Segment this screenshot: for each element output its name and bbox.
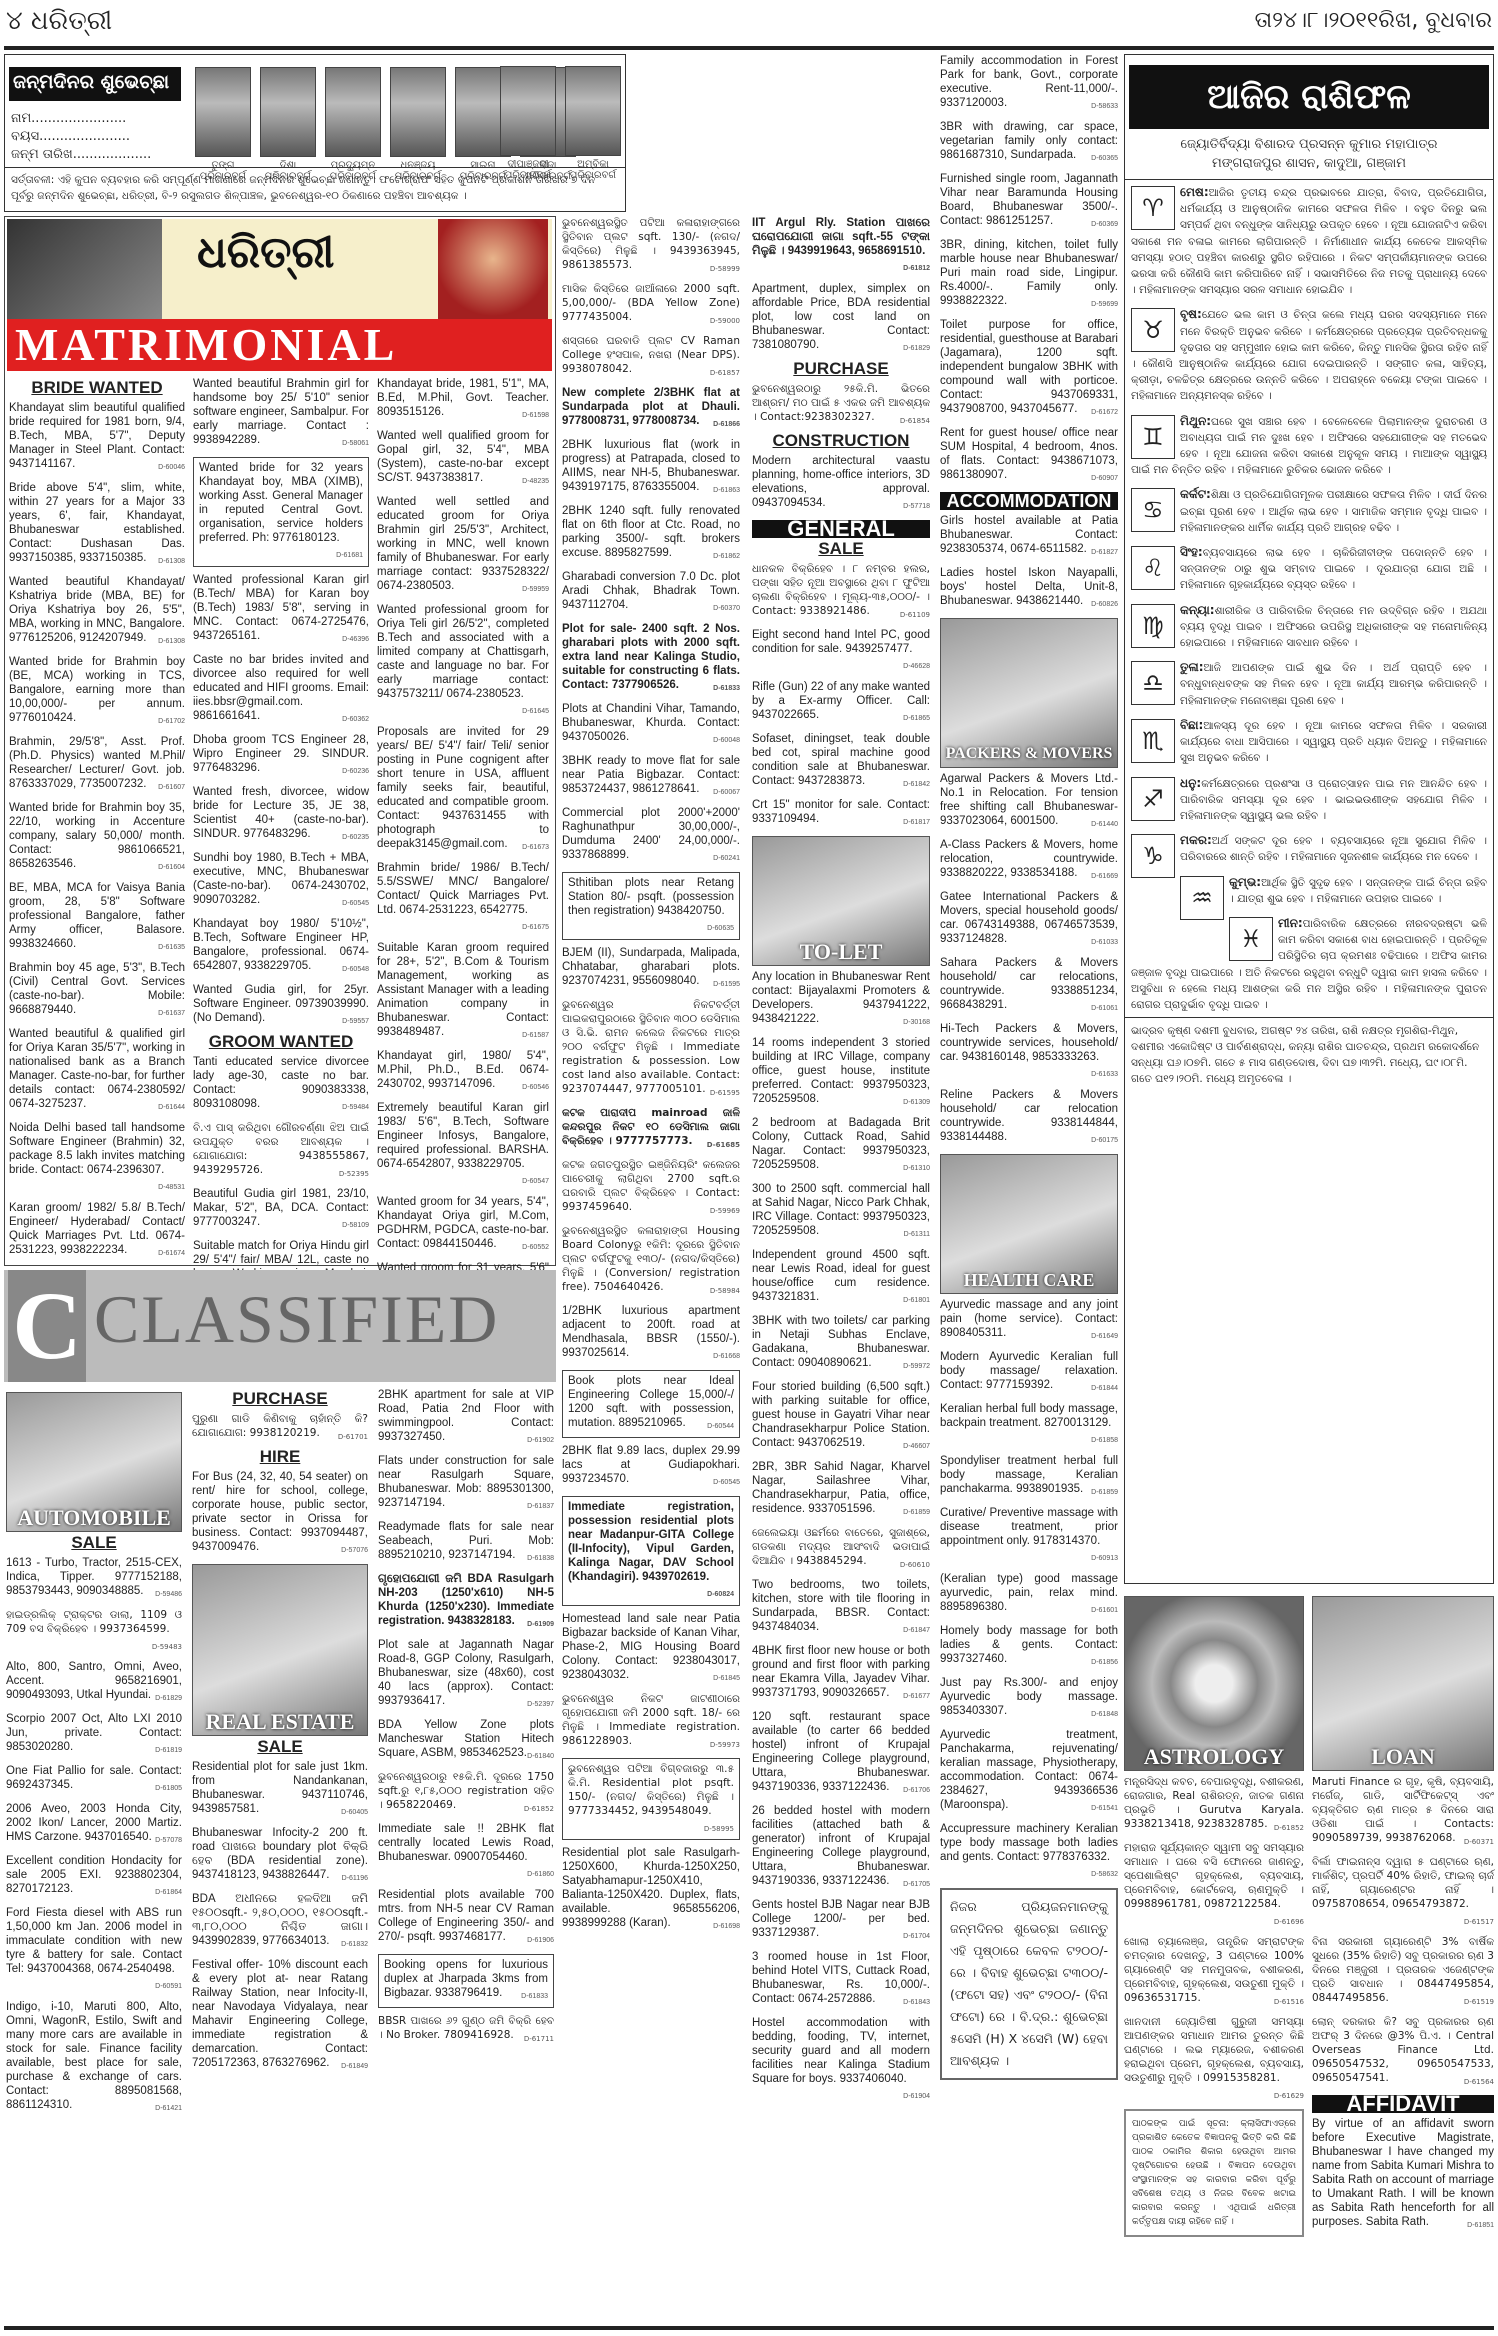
- boxed-ad: Wanted bride for 32 years Khandayat boy,…: [193, 457, 369, 567]
- sign-capricorn: ♑ମକର:ଅର୍ଥ ସଙ୍କଟ ଦୂର ହେବ । ବ୍ୟବସାୟରେ ନୂଆ …: [1125, 828, 1493, 869]
- classified-ad: ଧାନକଳ ବିକ୍ରିହେବ । ୮ ନମ୍ବର ହଲର, ପଙ୍ଖା ସହି…: [752, 562, 930, 622]
- boxed-ad: Sthitiban plots near Retang Station 80/-…: [562, 872, 740, 940]
- classified-ad: ହାଇଡ୍ରଲିକ୍ ଟ୍ରାକ୍ଟର ଡାଲା, 1109 ଓ 709 ବସ …: [6, 1608, 182, 1654]
- bride-photo: [438, 219, 548, 319]
- classified-ad: ଭୁବନେଶ୍ୱର ନିକଟବର୍ତ୍ତୀ ପାଇକରାପୁରଠାରେ ସ୍ଥି…: [562, 998, 740, 1100]
- classified-ad: Hostel accommodation with bedding, foodi…: [752, 2016, 930, 2104]
- boxed-ad: Immediate registration, possession resid…: [562, 1496, 740, 1606]
- classified-ad: New complete 2/3BHK flat at Sundarpada p…: [562, 386, 740, 432]
- classified-ad: ଭୁବନେଶ୍ୱରଠାରୁ ୧୫କି.ମି. ଦୂରରେ 1750 sqft.ର…: [378, 1770, 554, 1816]
- classified-ad: 2006 Aveo, 2003 Honda City, 2002 Ikon/ L…: [6, 1802, 182, 1848]
- horoscope-title: ଆଜିର ରାଶିଫଳ: [1129, 65, 1489, 129]
- classified-ad: BBSR ପାଖରେ ୬୨ ଗୁଣ୍ଠ ଜମି ବିକ୍ରି ହେବ । No …: [378, 2014, 554, 2046]
- taurus-icon: ♉: [1131, 308, 1175, 352]
- classified-ad: A-Class Packers & Movers, home relocatio…: [940, 838, 1118, 884]
- footer-rule: [4, 2326, 1494, 2330]
- classified-ad: Sundhi boy 1980, B.Tech + MBA, executive…: [193, 851, 369, 911]
- sign-taurus: ♉ବୃଷ:ଯେତେ ଭଲ କାମ ଓ ଚିନ୍ତା କଲେ ମଧ୍ୟ ଘରର ସ…: [1125, 302, 1493, 408]
- sign-virgo: ♍କନ୍ୟା:ଶାରୀରିକ ଓ ପାରିବାରିକ ଚିନ୍ତାରେ ମନ ଉ…: [1125, 598, 1493, 656]
- classified-ad: Homestead land sale near Patia Bigbazar …: [562, 1612, 740, 1686]
- classified-banner: C CLASSIFIED: [4, 1270, 556, 1382]
- matrimonial-title: MATRIMONIAL: [7, 319, 552, 371]
- classified-ad: Accupressure machinery Keralian type bod…: [940, 1822, 1118, 1882]
- sign-aries: ♈ମେଷ:ଆଜିର ତୃତୀୟ ଚନ୍ଦ୍ର ପ୍ରଭାବରେ ଯାତ୍ରା, …: [1125, 180, 1493, 302]
- classified-ad: 120 sqft. restaurant space available (to…: [752, 1710, 930, 1798]
- classified-ad: ଭୁବନେଶ୍ୱରସ୍ଥିତ କଳାରାହାଙ୍ଗ Housing Board …: [562, 1224, 740, 1298]
- panjika-almanac: ଭାଦ୍ରବ କୃଷ୍ଣ ଦଶମୀ ବୁଧବାର, ଅଗଷ୍ଟ ୨୪ ତାରିଖ…: [1125, 1017, 1493, 1092]
- classified-ad: ପୁରୁଣା ଗାଡି କିଣିବାକୁ ଚାହାଁନ୍ତି କି? ଯୋଗାଯ…: [192, 1412, 368, 1444]
- real-estate-image: REAL ESTATE: [192, 1564, 368, 1736]
- matrimonial-banner: ଧରିତ୍ରୀ MATRIMONIAL: [7, 219, 552, 371]
- classified-ad: 2 bedroom at Badagada Brit Colony, Cutta…: [752, 1116, 930, 1176]
- classified-ad: Brahmin boy 45 age, 5'3", B.Tech (Civil)…: [9, 961, 185, 1021]
- sale-heading: SALE: [6, 1536, 182, 1550]
- classified-ad: କଟକ ଜଗତପୁରସ୍ଥିତ ଇଞ୍ଜିନିୟରିଂ କଲେଜର ପାଚେରୀ…: [562, 1158, 740, 1218]
- classified-ad: Ladies hostel Iskon Nayapalli, boys' hos…: [940, 566, 1118, 612]
- classified-ad: ଭୁବନେଶ୍ୱରଠାରୁ ୨୫କି.ମି. ଭିତରେ ଆଶ୍ରମ/ ମଠ ପ…: [752, 382, 930, 428]
- libra-icon: ♎: [1131, 661, 1175, 705]
- classified-ad: Flats under construction for sale near R…: [378, 1454, 554, 1514]
- to-let-image: TO-LET: [752, 836, 930, 966]
- hire-heading: HIRE: [192, 1450, 368, 1464]
- classified-ad: IIT Argul Rly. Station ପାଖରେ ଘରୋପଯୋଗୀ ଜା…: [752, 216, 930, 276]
- classified-ad: Dhoba groom TCS Engineer 28, Wipro Engin…: [193, 733, 369, 779]
- classified-ad: Khandayat boy 1980/ 5'10½", B.Tech, Soft…: [193, 917, 369, 977]
- classified-ad: ଲୋନ୍ ଦରକାର କି? ସବୁ ପ୍ରକାରର ଋଣ ଅଫର୍ 3 ଦିନ…: [1312, 2015, 1494, 2089]
- classified-ad: Bhubaneswar Infocity-2 200 ft. road ପାଖର…: [192, 1826, 368, 1886]
- classified-ad: Ayurvedic treatment, Panchakarma, rejuve…: [940, 1728, 1118, 1816]
- child-photo: [325, 67, 381, 157]
- pisces-icon: ♓: [1229, 917, 1273, 961]
- birthday-card: ଦୀପାଞ୍ଜଳୀପରିବାରବର୍ଗ: [500, 66, 556, 181]
- matrimonial-section: ଧରିତ୍ରୀ MATRIMONIAL BRIDE WANTED Khanday…: [4, 216, 556, 1266]
- classified-ad: BE, MBA, MCA for Vaisya Bania groom, 28,…: [9, 881, 185, 955]
- groom-wanted-heading: GROOM WANTED: [193, 1035, 369, 1049]
- classified-ad: BDA Yellow Zone plots Mancheswar Station…: [378, 1718, 554, 1764]
- horoscope-section: ଆଜିର ରାଶିଫଳ ଜ୍ୟୋତିର୍ବିଦ୍ୟା ବିଶାରଦ ପ୍ରସନ୍…: [1124, 54, 1494, 1584]
- classified-title: CLASSIFIED: [94, 1280, 499, 1359]
- classified-ad: Wanted Gudia girl, for 25yr. Software En…: [193, 983, 369, 1029]
- classified-ad: ଗୃହୋପଯୋଗୀ ଜମି BDA Rasulgarh NH-203 (1250…: [378, 1572, 554, 1632]
- classified-ad: Brahmin bride/ 1986/ B.Tech/ 5.5/SSWE/ M…: [377, 861, 549, 935]
- classified-ad: Readymade flats for sale near Seabeach, …: [378, 1520, 554, 1566]
- classified-ad: 2BR, 3BR Sahid Nagar, Kharvel Nagar, Sai…: [752, 1460, 930, 1520]
- classified-ad: Sofaset, diningset, teak double bed cot,…: [752, 732, 930, 792]
- astrology-image: ASTROLOGY: [1124, 1596, 1304, 1771]
- gemini-icon: ♊: [1131, 415, 1175, 459]
- purchase-heading: PURCHASE: [752, 362, 930, 376]
- child-photo: [195, 67, 251, 157]
- classified-ad: Alto, 800, Santro, Omni, Aveo, Accent. 9…: [6, 1660, 182, 1706]
- cancer-icon: ♋: [1131, 488, 1175, 532]
- reader-notice: ପାଠକଙ୍କ ପାଇଁ ସୂଚନା: କ୍ଲାସିଫାଏଡ୍‌ରେ ପ୍ରକା…: [1124, 2109, 1304, 2237]
- classified-ad: Homely body massage for both ladies & ge…: [940, 1624, 1118, 1670]
- classified-ad: Gatee International Packers & Movers, sp…: [940, 890, 1118, 950]
- birthday-card: ଦିଶାପରିବାରବର୍ଗ: [260, 67, 316, 182]
- classified-ad: ମାସିକ କିସ୍ତିରେ ଜାଆଁଳାରେ 2000 sqft. 5,00,…: [562, 282, 740, 328]
- classified-ad: Sahara Packers & Movers household/ car r…: [940, 956, 1118, 1016]
- classified-ad: Khandayat slim beautiful qualified bride…: [9, 401, 185, 475]
- classified-ad: BDA ଅଧୀନରେ ହଳଦିଆ ଜମି ୧୫୦୦sqft.- ୨,୫୦,୦୦୦…: [192, 1892, 368, 1952]
- classified-ad: ମନ୍ତ୍ରସିଦ୍ଧ କବଚ, ବେପାରବୃଦ୍ଧି, ବଶୀକରଣ, ରୋ…: [1124, 1775, 1304, 1835]
- classified-ad: 300 to 2500 sqft. commercial hall at Sah…: [752, 1182, 930, 1242]
- to-let-column: IIT Argul Rly. Station ପାଖରେ ଘରୋପଯୋଗୀ ଜା…: [752, 216, 930, 2110]
- birthday-card: ଅମ୍ବିକାପରିବାରବର୍ଗ: [565, 66, 621, 181]
- astrology-column: ASTROLOGY ମନ୍ତ୍ରସିଦ୍ଧ କବଚ, ବେପାରବୃଦ୍ଧି, …: [1124, 1592, 1304, 2237]
- classified-ad: Extremely beautiful Karan girl 1983/ 5'6…: [377, 1101, 549, 1189]
- classified-ad: Family accommodation in Forest Park for …: [940, 54, 1118, 114]
- aries-icon: ♈: [1131, 186, 1175, 230]
- classified-ad: Crt 15" monitor for sale. Contact: 93371…: [752, 798, 930, 830]
- sign-gemini: ♊ମିଥୁନ:ଘରେ ସୁଖ ସଞ୍ଚାର ହେବ । ବେଳେବେଳେ ପିଲ…: [1125, 409, 1493, 483]
- classified-ad: Wanted bride for Brahmin boy (BE, MCA) w…: [9, 655, 185, 729]
- classified-ad: 2BHK apartment for sale at VIP Road, Pat…: [378, 1388, 554, 1448]
- classified-ad: Wanted bride for Brahmin boy 35, 22/10, …: [9, 801, 185, 875]
- classified-ad: Spondyliser treatment herbal full body m…: [940, 1454, 1118, 1500]
- classified-ad: Caste no bar brides invited and divorcee…: [193, 653, 369, 727]
- issue-date: ତା୨୪।୮।୨୦୧୧ରିଖ, ବୁଧବାର: [1255, 8, 1492, 33]
- classified-ad: Just pay Rs.300/- and enjoy Ayurvedic bo…: [940, 1676, 1118, 1722]
- classified-ad: For Bus (24, 32, 40, 54 seater) on rent/…: [192, 1470, 368, 1558]
- virgo-icon: ♍: [1131, 604, 1175, 648]
- classified-ad: Indigo, i-10, Maruti 800, Alto, Omni, Wa…: [6, 2000, 182, 2116]
- sign-aquarius: ♒କୁମ୍ଭ:ଆର୍ଥିକ ସ୍ଥିତି ସୁଦୃଢ ହେବ । ସନ୍ତାନଙ…: [1125, 870, 1493, 911]
- classified-ad: 4BHK first floor new house or both groun…: [752, 1644, 930, 1704]
- classified-ad: Any location in Bhubaneswar Rent contact…: [752, 970, 930, 1030]
- classified-ad: Girls hostel available at Patia Bhubanes…: [940, 514, 1118, 560]
- classified-ad: Suitable Karan groom required for 28+, 5…: [377, 941, 549, 1043]
- classified-ad: Tanti educated service divorcee lady age…: [193, 1055, 369, 1115]
- classified-ad: Two bedrooms, two toilets, kitchen, stor…: [752, 1578, 930, 1638]
- birthday-photos-extra: ଦୀପାଞ୍ଜଳୀପରିବାରବର୍ଗ ଅମ୍ବିକାପରିବାରବର୍ଗ: [385, 66, 621, 181]
- name-field[interactable]: ନାମ.......................: [11, 111, 126, 126]
- loan-image: LOAN: [1312, 1596, 1494, 1771]
- classified-ad: Commercial plot 2000'+2000' Raghunathpur…: [562, 806, 740, 866]
- classified-ad: Immediate sale !! 2BHK flat centrally lo…: [378, 1822, 554, 1882]
- classified-ad: Four storied building (6,500 sqft.) with…: [752, 1380, 930, 1454]
- sign-sagittarius: ♐ଧନୁ:କର୍ମକ୍ଷେତ୍ରରେ ପ୍ରଶଂସା ଓ ପ୍ରୋତ୍ସାହନ …: [1125, 771, 1493, 829]
- classified-ad: Reline Packers & Movers household/ car r…: [940, 1088, 1118, 1148]
- accommodation-heading: ACCOMMODATION: [940, 492, 1118, 510]
- leo-icon: ♌: [1131, 546, 1175, 590]
- classified-ad: Rifle (Gun) 22 of any make wanted by a E…: [752, 680, 930, 726]
- classified-ad: Ayurvedic massage and any joint pain (ho…: [940, 1298, 1118, 1344]
- astrologer-credit: ଜ୍ୟୋତିର୍ବିଦ୍ୟା ବିଶାରଦ ପ୍ରସନ୍ନ କୁମାର ମହାପ…: [1125, 129, 1493, 180]
- classified-ad: କଟକ ପାରାଦୀପ mainroad ଜାଳି କନ୍ଦରପୁର ନିକଟ …: [562, 1106, 740, 1152]
- classified-ad: Excellent condition Hondacity for sale 2…: [6, 1854, 182, 1900]
- classified-ad: Beautiful Gudia girl 1981, 23/10, Makar,…: [193, 1187, 369, 1233]
- child-photo: [260, 67, 316, 157]
- classified-ad: ବି.ଏ ପାସ୍ କରିଥିବା ଗୌରବର୍ଣ୍ଣା ଝିଅ ପାଇଁ ଉପ…: [193, 1121, 369, 1181]
- classified-ad: 3BR, dining, kitchen, toilet fully marbl…: [940, 238, 1118, 312]
- aquarius-icon: ♒: [1180, 876, 1224, 920]
- birthday-card: ପ୍ରଦ୍ୟୁମ୍ନପରିବାରବର୍ଗ: [325, 67, 381, 182]
- classified-ad: Karan groom/ 1982/ 5.8/ B.Tech/ Engineer…: [9, 1201, 185, 1261]
- classified-ad: One Fiat Pallio for sale. Contact: 96924…: [6, 1764, 182, 1796]
- matrimonial-column-3: Khandayat bride, 1981, 5'1", MA, B.Ed, M…: [377, 377, 549, 1327]
- classified-ad: Wanted professional groom for Oriya Teli…: [377, 603, 549, 719]
- classified-ad: Toilet purpose for office, residential, …: [940, 318, 1118, 420]
- classified-ad: Scorpio 2007 Oct, Alto LXI 2010 Jun, pri…: [6, 1712, 182, 1758]
- classified-ad: 2BHK 1240 sqft. fully renovated flat on …: [562, 504, 740, 564]
- classified-ad: 26 bedded hostel with modern facilities …: [752, 1804, 930, 1892]
- purchase-hire-column: PURCHASE ପୁରୁଣା ଗାଡି କିଣିବାକୁ ଚାହାଁନ୍ତି …: [192, 1388, 368, 2080]
- classified-ad: Ford Fiesta diesel with ABS run 1,50,000…: [6, 1906, 182, 1994]
- classified-ad: 1613 - Turbo, Tractor, 2515-CEX, Indica,…: [6, 1556, 182, 1602]
- classified-ad: Curative/ Preventive massage with diseas…: [940, 1506, 1118, 1566]
- child-photo: [500, 66, 556, 156]
- classified-ad: ବିର୍ଲା ଫାଇନାନ୍ସ ଦ୍ୱାରା ୫ ଘଣ୍ଟାରେ ଋଣ, ମାର…: [1312, 1855, 1494, 1929]
- boxed-ad: Booking opens for luxurious duplex at Jh…: [378, 1954, 554, 2008]
- classified-ad: (Keralian type) good massage ayurvedic, …: [940, 1572, 1118, 1618]
- classified-ad: 3BHK with two toilets/ car parking in Ne…: [752, 1314, 930, 1374]
- classified-ad: Wanted beautiful & qualified girl for Or…: [9, 1027, 185, 1115]
- classified-ad: Modern architectural vaastu planning, ho…: [752, 454, 930, 514]
- boxed-ad: Book plots near Ideal Engineering Colleg…: [562, 1370, 740, 1438]
- classified-ad: ଶସ୍ତାରେ ଘରବାଡି ପ୍ଲଟ CV Raman College ହଂସ…: [562, 334, 740, 380]
- classified-ad: ମହାରାଜ ସୂର୍ଯ୍ୟକାନ୍ତ ସ୍ୱାମୀ ସବୁ ସମସ୍ୟାର ସ…: [1124, 1841, 1304, 1929]
- classified-ad: Agarwal Packers & Movers Ltd.- No.1 in R…: [940, 772, 1118, 832]
- classified-ad: Wanted fresh, divorcee, widow bride for …: [193, 785, 369, 845]
- classified-ad: 2BHK flat 9.89 lacs, duplex 29.99 lacs a…: [562, 1444, 740, 1490]
- sign-cancer: ♋କର୍କଟ:ଶିକ୍ଷା ଓ ପ୍ରତିଯୋଗିତାମୂଳକ ପରୀକ୍ଷାର…: [1125, 482, 1493, 540]
- health-care-image: HEALTH CARE: [940, 1154, 1118, 1294]
- age-field[interactable]: ବୟସ......................: [11, 129, 130, 144]
- affidavit-notice: By virtue of an affidavit sworn before E…: [1312, 2117, 1494, 2233]
- accommodation-column: Family accommodation in Forest Park for …: [940, 54, 1118, 2080]
- sign-scorpio: ♏ବିଛା:ଆଳସ୍ୟ ଦୂର ହେବ । ନୂଆ କାମରେ ସଫଳତା ମି…: [1125, 713, 1493, 771]
- sign-libra: ♎ତୁଳା:ଆଜି ଆପଣଙ୍କ ପାଇଁ ଶୁଭ ଦିନ । ଅର୍ଥ ପ୍ର…: [1125, 655, 1493, 713]
- dob-field[interactable]: ଜନ୍ମ ତାରିଖ...................: [11, 147, 151, 162]
- classified-ad: Residential plot sale Rasulgarh-1250X600…: [562, 1846, 740, 1934]
- sign-pisces: ♓ମୀନ:ପାରିବାରିକ କ୍ଷେତ୍ରରେ ନୀରବଦ୍ରଷ୍ଟା ଭଳି…: [1125, 911, 1493, 1017]
- classified-ad: Wanted beautiful Brahmin girl for handso…: [193, 377, 369, 451]
- wedding-photo: [7, 219, 162, 319]
- adult-photo: [565, 66, 621, 156]
- classified-ad: Furnished single room, Jagannath Vihar n…: [940, 172, 1118, 232]
- classified-ad: Maruti Finance ର ଗୃହ, କୃଷି, ବ୍ୟବସାୟି, ମର…: [1312, 1775, 1494, 1849]
- purchase-heading: PURCHASE: [192, 1392, 368, 1406]
- classified-ad: Gents hostel BJB Nagar near BJB College …: [752, 1898, 930, 1944]
- classified-ad: Bride above 5'4", slim, white, within 27…: [9, 481, 185, 569]
- classified-ad: Apartment, duplex, simplex on affordable…: [752, 282, 930, 356]
- classified-ad: ଖାନଦାନୀ ଜ୍ୟୋତିଷୀ ଗୁରୁଜୀ ସମସ୍ୟା ଆପଣଙ୍କର ସ…: [1124, 2015, 1304, 2103]
- birthday-wish-offer-box: ନିଜର ପ୍ରିୟଜନମାନଙ୍କୁ ଜନ୍ମଦିନର ଶୁଭେଚ୍ଛା ଜଣ…: [940, 1888, 1118, 2080]
- classified-ad: Brahmin, 29/5'8", Asst. Prof. (Ph.D. Phy…: [9, 735, 185, 795]
- property-column: ଭୁବନେଶ୍ୱରସ୍ଥିତ ପଟିଆ କଳାରାହାଙ୍ଗରେ ସ୍ଥିତିବ…: [562, 216, 740, 1940]
- classified-ad: 2BHK luxurious flat (work in progress) a…: [562, 438, 740, 498]
- classified-ad: Eight second hand Intel PC, good conditi…: [752, 628, 930, 674]
- dharitri-logo: ଧରିତ୍ରୀ: [197, 227, 334, 278]
- classified-ad: Festival offer- 10% discount each & ever…: [192, 1958, 368, 2074]
- classified-ad: Residential plots available 700 mtrs. fr…: [378, 1888, 554, 1948]
- classified-ad: Plots at Chandini Vihar, Tamando, Bhuban…: [562, 702, 740, 748]
- masthead-rule: [4, 46, 1494, 50]
- classified-ad: Wanted beautiful Khandayat/ Kshatriya br…: [9, 575, 185, 649]
- capricorn-icon: ♑: [1131, 834, 1175, 878]
- classified-ad: Noida Delhi based tall handsome Software…: [9, 1121, 185, 1195]
- classified-ad: ଭୁବନେଶ୍ୱର ନିକଟ ଜାଟଣୀଠାରେ ଗୃହୋପଯୋଗୀ ଜମି 2…: [562, 1692, 740, 1752]
- classified-ad: ବିନା ସରକାରୀ ଗ୍ୟାରେଣ୍ଟି 3% ବାର୍ଷିକ ସୁଧରେ …: [1312, 1935, 1494, 2009]
- classified-initial: C: [8, 1270, 86, 1382]
- classified-ad: ଖୋଲା ଚ୍ୟାଲେଞ୍ଜ, ତାନ୍ତ୍ରିକ ସମ୍ରାଟଙ୍କ ଚମତ୍…: [1124, 1935, 1304, 2009]
- sagittarius-icon: ♐: [1131, 777, 1175, 821]
- sale-heading: SALE: [192, 1740, 368, 1754]
- bride-wanted-column: BRIDE WANTED Khandayat slim beautiful qu…: [9, 377, 185, 1267]
- classified-ad: Wanted professional Karan girl (B.Tech/ …: [193, 573, 369, 647]
- automobile-image: AUTOMOBILE: [6, 1392, 182, 1532]
- classified-ad: Rent for guest house/ office near SUM Ho…: [940, 426, 1118, 486]
- automobile-column: AUTOMOBILE SALE 1613 - Turbo, Tractor, 2…: [6, 1388, 182, 2122]
- classified-ad: ଭୁବନେଶ୍ୱରସ୍ଥିତ ପଟିଆ କଳାରାହାଙ୍ଗରେ ସ୍ଥିତିବ…: [562, 216, 740, 276]
- birthday-title: ଜନ୍ମଦିନର ଶୁଭେଚ୍ଛା: [9, 67, 181, 101]
- real-estate-column: 2BHK apartment for sale at VIP Road, Pat…: [378, 1388, 554, 2052]
- bride-wanted-heading: BRIDE WANTED: [9, 381, 185, 395]
- classified-ad: Modern Ayurvedic Keralian full body mass…: [940, 1350, 1118, 1396]
- classified-ad: Khandayat girl, 1980/ 5'4", M.Phil, Ph.D…: [377, 1049, 549, 1095]
- masthead: ୪ ଧରିତ୍ରୀ ତା୨୪।୮।୨୦୧୧ରିଖ, ବୁଧବାର: [0, 0, 1498, 48]
- classified-ad: Plot sale at Jagannath Nagar Road-8, GGP…: [378, 1638, 554, 1712]
- classified-ad: ଜେଲେଇୟା ଓଛର୍ମରେ ବାତେରେ, ସୁଜାଶ୍ରେ, ଗଡକଣା …: [752, 1526, 930, 1572]
- classified-ad: Khandayat bride, 1981, 5'1", MA, B.Ed, M…: [377, 377, 549, 423]
- classified-ad: 3BR with drawing, car space, vegetarian …: [940, 120, 1118, 166]
- classified-ad: 1/2BHK luxurious apartment adjacent to 2…: [562, 1304, 740, 1364]
- classified-ad: Wanted well qualified groom for Gopal gi…: [377, 429, 549, 489]
- classified-ad: Hi-Tech Packers & Movers, countrywide se…: [940, 1022, 1118, 1082]
- loan-column: LOAN Maruti Finance ର ଗୃହ, କୃଷି, ବ୍ୟବସାୟ…: [1312, 1592, 1494, 2239]
- classified-ad: Proposals are invited for 29 years/ BE/ …: [377, 725, 549, 855]
- birthday-card: ତୁଙ୍ଗପରିବାରବର୍ଗ: [195, 67, 251, 182]
- classified-ad: Keralian herbal full body massage, backp…: [940, 1402, 1118, 1448]
- general-heading: GENERAL: [752, 520, 930, 538]
- classified-ad: Plot for sale- 2400 sqft. 2 Nos. gharaba…: [562, 622, 740, 696]
- page-label: ୪ ଧରିତ୍ରୀ: [6, 6, 112, 37]
- classified-ad: Wanted groom for 34 years, 5'4", Khanday…: [377, 1195, 549, 1255]
- classified-ad: Gharabadi conversion 7.0 Dc. plot Aradi …: [562, 570, 740, 616]
- scorpio-icon: ♏: [1131, 719, 1175, 763]
- sign-leo: ♌ସିଂହ:ବ୍ୟବସାୟରେ ଲାଭ ହେବ । ଚାକିରିଜୀବୀଙ୍କ …: [1125, 540, 1493, 598]
- classified-ad: 3BHK ready to move flat for sale near Pa…: [562, 754, 740, 800]
- classified-ad: 14 rooms independent 3 storied building …: [752, 1036, 930, 1110]
- classified-ad: Independent ground 4500 sqft. near Lewis…: [752, 1248, 930, 1308]
- sale-heading: SALE: [752, 542, 930, 556]
- classified-ad: Residential plot for sale just 1km. from…: [192, 1760, 368, 1820]
- classified-ad: BJEM (II), Sundarpada, Malipada, Chhatab…: [562, 946, 740, 992]
- boxed-ad: ଭୁବନେଶ୍ୱର ପଟିଆ ବିଗ୍‌ବଜାରରୁ ୩.୫ କି.ମି. Re…: [562, 1758, 740, 1840]
- affidavit-heading: AFFIDAVIT: [1312, 2095, 1494, 2113]
- packers-movers-image: PACKERS & MOVERS: [940, 618, 1118, 768]
- classified-ad: 3 roomed house in 1st Floor, behind Hote…: [752, 1950, 930, 2010]
- classified-ad: Wanted well settled and educated groom f…: [377, 495, 549, 597]
- construction-heading: CONSTRUCTION: [752, 434, 930, 448]
- matrimonial-column-2: Wanted beautiful Brahmin girl for handso…: [193, 377, 369, 1319]
